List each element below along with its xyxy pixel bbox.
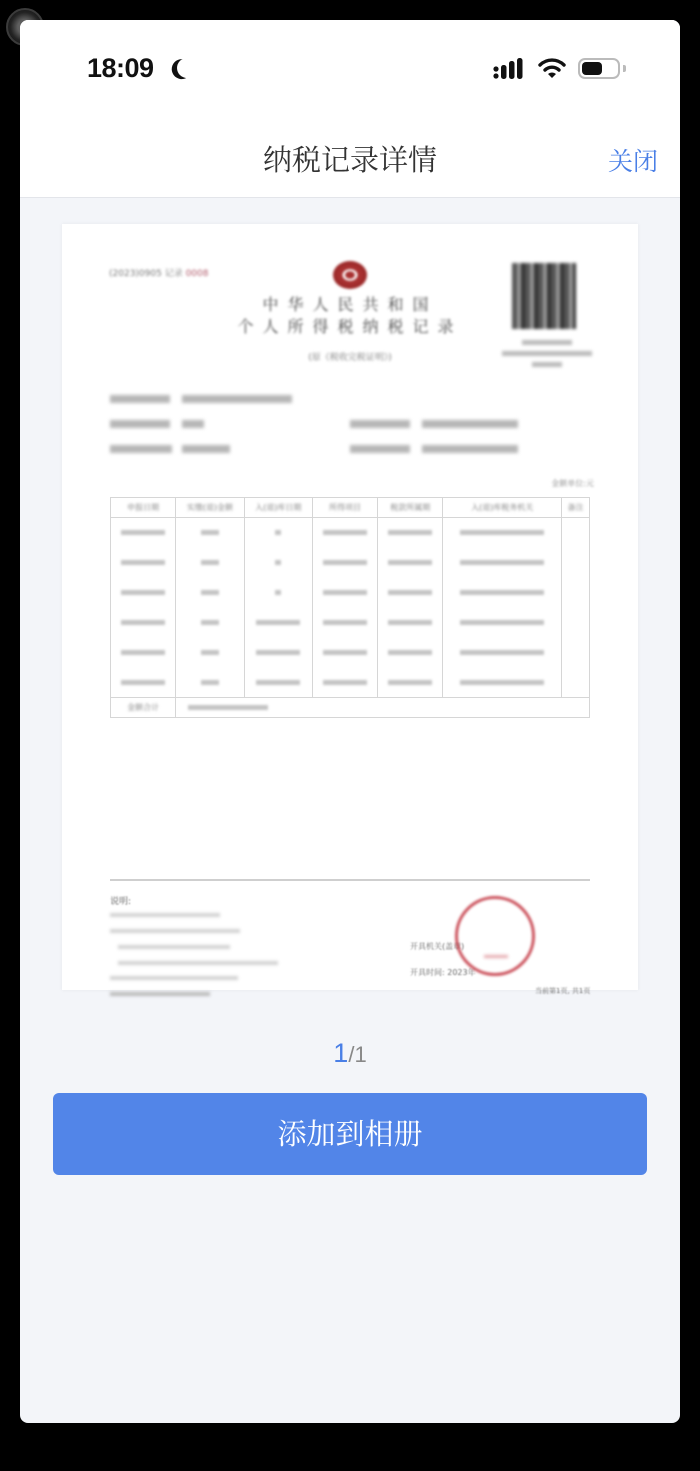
table-cell xyxy=(443,608,562,638)
table-cell xyxy=(312,608,377,638)
phone-screen: 18:09 纳税记录详情 关闭 (2023)0905 记录 0008 中华人民共… xyxy=(20,20,680,1423)
table-cell xyxy=(244,578,312,608)
status-time: 18:09 xyxy=(87,53,154,84)
table-cell xyxy=(378,548,443,578)
table-body xyxy=(111,518,590,698)
info-value xyxy=(422,420,518,428)
table-cell xyxy=(443,668,562,698)
status-bar: 18:09 xyxy=(20,20,680,120)
document-serial: (2023)0905 记录 0008 xyxy=(109,266,208,279)
nav-bar: 纳税记录详情 关闭 xyxy=(20,120,680,198)
table-cell xyxy=(443,638,562,668)
table-cell xyxy=(312,548,377,578)
table-cell xyxy=(561,668,589,698)
qr-caption xyxy=(532,362,562,367)
moon-icon xyxy=(175,56,198,79)
table-row xyxy=(111,518,590,548)
table-cell xyxy=(111,608,176,638)
note-line xyxy=(110,929,240,933)
serial-number: 0008 xyxy=(186,269,209,279)
battery-level xyxy=(582,62,602,75)
table-cell xyxy=(176,608,244,638)
table-row xyxy=(111,548,590,578)
tax-record-table: 申报日期实缴(退)金额入(退)库日期所得项目税款所属期入(退)库税务机关备注 金… xyxy=(110,497,590,718)
table-header-cell: 入(退)库税务机关 xyxy=(443,498,562,518)
serial-prefix: (2023)0905 记录 xyxy=(109,269,183,279)
page-title: 纳税记录详情 xyxy=(20,138,680,179)
info-value xyxy=(422,445,518,453)
qr-caption xyxy=(522,340,572,345)
table-header-cell: 税款所属期 xyxy=(378,498,443,518)
table-cell xyxy=(111,668,176,698)
table-cell xyxy=(244,608,312,638)
add-to-album-button[interactable]: 添加到相册 xyxy=(53,1093,647,1175)
table-cell xyxy=(443,518,562,548)
table-header-cell: 申报日期 xyxy=(111,498,176,518)
close-button[interactable]: 关闭 xyxy=(608,142,658,178)
total-label: 金额合计 xyxy=(111,698,176,718)
table-cell xyxy=(111,518,176,548)
total-value xyxy=(176,698,590,718)
issue-time: 开具时间: 2023年 xyxy=(410,967,476,978)
table-cell xyxy=(443,548,562,578)
table-total-row: 金额合计 xyxy=(111,698,590,718)
note-line xyxy=(110,976,238,980)
info-label xyxy=(110,395,170,403)
page-indicator: 1/1 xyxy=(20,1038,680,1069)
note-line xyxy=(110,913,220,917)
table-cell xyxy=(561,578,589,608)
table-header-cell: 所得项目 xyxy=(312,498,377,518)
tax-emblem-icon xyxy=(333,261,367,289)
note-line xyxy=(110,992,210,996)
info-label xyxy=(350,445,410,453)
table-cell xyxy=(176,518,244,548)
table-cell xyxy=(561,548,589,578)
table-row xyxy=(111,578,590,608)
table-cell xyxy=(378,638,443,668)
table-header-cell: 备注 xyxy=(561,498,589,518)
table-cell xyxy=(378,518,443,548)
document-divider xyxy=(110,879,590,881)
battery-nub xyxy=(623,65,626,72)
battery-icon xyxy=(578,58,620,79)
info-value xyxy=(182,420,204,428)
table-cell xyxy=(111,638,176,668)
table-cell xyxy=(312,638,377,668)
table-cell xyxy=(561,638,589,668)
table-cell xyxy=(378,668,443,698)
table-cell xyxy=(111,578,176,608)
info-label xyxy=(350,420,410,428)
table-cell xyxy=(312,518,377,548)
table-header-cell: 实缴(退)金额 xyxy=(176,498,244,518)
info-value xyxy=(182,395,292,403)
table-cell xyxy=(176,668,244,698)
tax-record-document-preview[interactable]: (2023)0905 记录 0008 中华人民共和国 个人所得税纳税记录 (原《… xyxy=(62,224,638,990)
table-cell xyxy=(244,668,312,698)
info-value xyxy=(182,445,230,453)
page-note: 当前第1页, 共1页 xyxy=(535,986,590,996)
table-cell xyxy=(176,578,244,608)
table-cell xyxy=(176,548,244,578)
table-cell xyxy=(378,578,443,608)
qr-caption xyxy=(502,351,592,356)
note-line xyxy=(118,961,278,965)
table-cell xyxy=(312,578,377,608)
table-cell xyxy=(176,638,244,668)
table-header-cell: 入(退)库日期 xyxy=(244,498,312,518)
table-row xyxy=(111,608,590,638)
table-cell xyxy=(312,668,377,698)
table-header-row: 申报日期实缴(退)金额入(退)库日期所得项目税款所属期入(退)库税务机关备注 xyxy=(111,498,590,518)
table-cell xyxy=(244,548,312,578)
table-cell xyxy=(561,608,589,638)
table-row xyxy=(111,638,590,668)
table-cell xyxy=(111,548,176,578)
table-cell xyxy=(378,608,443,638)
table-cell xyxy=(244,638,312,668)
current-page: 1 xyxy=(333,1038,348,1068)
notes-title: 说明: xyxy=(110,894,131,907)
info-label xyxy=(110,420,170,428)
table-cell xyxy=(561,518,589,548)
unit-label: 金额单位:元 xyxy=(551,478,594,489)
wifi-icon xyxy=(538,57,566,79)
official-seal-icon xyxy=(455,896,535,976)
note-line xyxy=(118,945,230,949)
table-cell xyxy=(244,518,312,548)
info-label xyxy=(110,445,172,453)
cellular-signal-icon xyxy=(493,58,527,80)
table-row xyxy=(111,668,590,698)
qr-code-icon xyxy=(512,263,576,329)
table-cell xyxy=(443,578,562,608)
total-pages: /1 xyxy=(348,1042,366,1067)
